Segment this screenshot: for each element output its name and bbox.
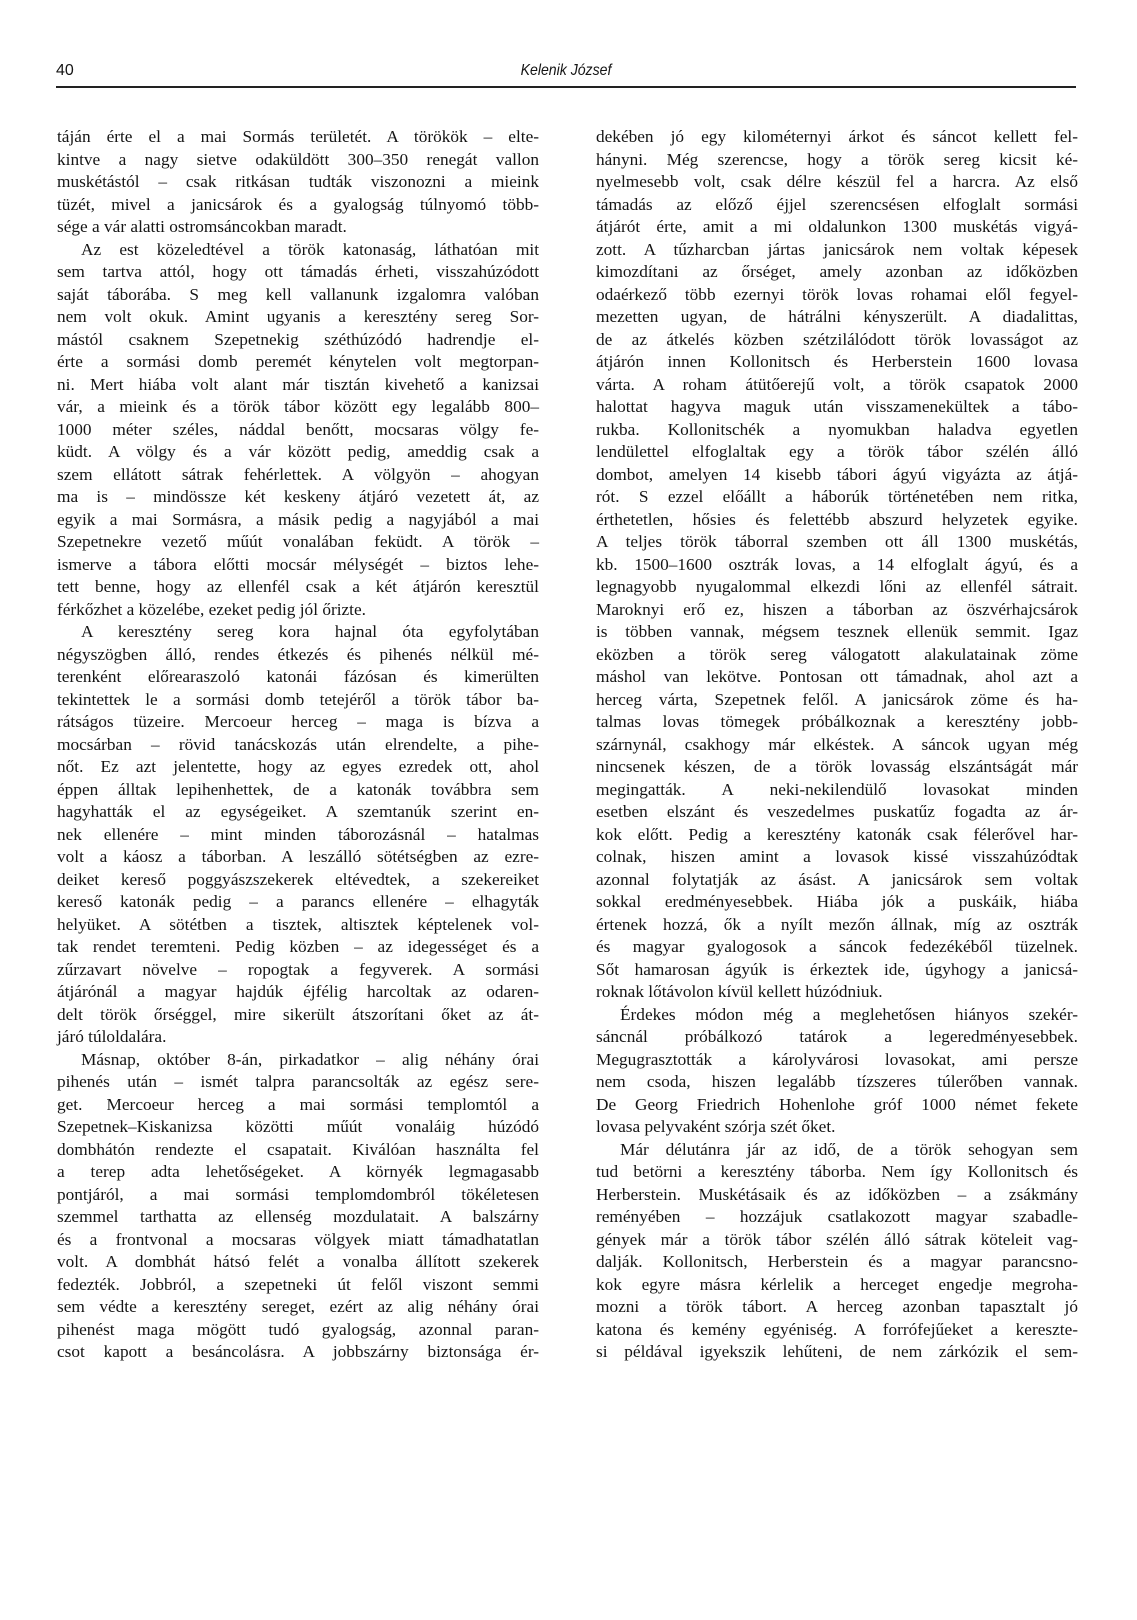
text-line: mástól csaknem Szepetnekig széthúzódó ha…	[57, 329, 539, 352]
text-line: ni. Mert hiába volt alant már tisztán ki…	[57, 374, 539, 397]
text-line: katona és kemény egyéniség. A forrófejűe…	[596, 1319, 1078, 1342]
text-line: sáncnál próbálkozó tatárok a legeredmény…	[596, 1026, 1078, 1049]
text-line: roknak lőtávolon kívül kellett húzódniuk…	[596, 981, 1078, 1004]
text-line: mocsárban – rövid tanácskozás után elren…	[57, 734, 539, 757]
text-line: kok egyre másra kérlelik a herceget enge…	[596, 1274, 1078, 1297]
text-line: szem ellátott sátrak fehérlettek. A völg…	[57, 464, 539, 487]
text-line: támadás az előző éjjel szerencsésen elfo…	[596, 194, 1078, 217]
text-line: Maroknyi erő ez, hiszen a táborban az ös…	[596, 599, 1078, 622]
text-line: De Georg Friedrich Hohenlohe gróf 1000 n…	[596, 1094, 1078, 1117]
text-line: get. Mercoeur herceg a mai sormási templ…	[57, 1094, 539, 1117]
text-line: szemmel tarthatta az ellenség mozdulatai…	[57, 1206, 539, 1229]
text-line: delt török őrséggel, mire sikerült átszo…	[57, 1004, 539, 1027]
text-line: Az est közeledtével a török katonaság, l…	[57, 239, 539, 262]
text-line: tekintettek le a sormási domb tetejéről …	[57, 689, 539, 712]
header-rule	[56, 86, 1076, 88]
text-line: átjárót érte, amit a mi oldalunkon 1300 …	[596, 216, 1078, 239]
text-line: tüzét, mivel a janicsárok és a gyalogság…	[57, 194, 539, 217]
text-line: zott. A tűzharcban jártas janicsárok nem…	[596, 239, 1078, 262]
text-line: a terep adta lehetőségeket. A környék le…	[57, 1161, 539, 1184]
text-line: járó túloldalára.	[57, 1026, 539, 1049]
text-line: ismerve a tábora előtti mocsár mélységét…	[57, 554, 539, 577]
text-line: deiket kereső poggyászszekerek eltévedte…	[57, 869, 539, 892]
text-line: talmas lovas tömegek próbálkoznak a kere…	[596, 711, 1078, 734]
text-line: Sőt hamarosan ágyúk is érkeztek ide, úgy…	[596, 959, 1078, 982]
text-line: esetben elszánt és veszedelmes puskatűz …	[596, 801, 1078, 824]
text-line: Szepetnekre vezető műút vonalában feküdt…	[57, 531, 539, 554]
text-line: odaérkező több ezernyi török lovas roham…	[596, 284, 1078, 307]
text-line: reményében – hozzájuk csatlakozott magya…	[596, 1206, 1078, 1229]
text-line: Megugrasztották a károlyvárosi lovasokat…	[596, 1049, 1078, 1072]
running-title: Kelenik József	[117, 62, 1015, 80]
text-line: sem védte a keresztény sereget, ezért az…	[57, 1296, 539, 1319]
text-line: várta. A roham átütőerejű volt, a török …	[596, 374, 1078, 397]
text-line: azonnal folytatják az ásást. A janicsáro…	[596, 869, 1078, 892]
text-line: érthetetlen, hősies és felettébb abszurd…	[596, 509, 1078, 532]
text-line: terenként előrearaszoló katonái fázósan …	[57, 666, 539, 689]
text-line: nőt. Ez azt jelentette, hogy az egyes ez…	[57, 756, 539, 779]
text-line: kintve a nagy sietve odaküldött 300–350 …	[57, 149, 539, 172]
text-line: nek ellenére – mint minden táborozásnál …	[57, 824, 539, 847]
text-line: mozni a török tábort. A herceg azonban t…	[596, 1296, 1078, 1319]
text-line: pontjáról, a mai sormási templomdombról …	[57, 1184, 539, 1207]
text-line: átjárónál a magyar hajdúk éjfélig harcol…	[57, 981, 539, 1004]
text-line: táján érte el a mai Sormás területét. A …	[57, 126, 539, 149]
text-line: saját táborába. S meg kell vallanunk izg…	[57, 284, 539, 307]
text-line: kimozdítani az őrséget, amely azonban az…	[596, 261, 1078, 284]
text-line: hagyhatták el az egységeiket. A szemtanú…	[57, 801, 539, 824]
text-line: de az átkelés közben szétzilálódott törö…	[596, 329, 1078, 352]
text-line: dekében jó egy kilométernyi árkot és sán…	[596, 126, 1078, 149]
text-line: kok előtt. Pedig a keresztény katonák cs…	[596, 824, 1078, 847]
text-line: férkőzhet a közelébe, ezeket pedig jól ő…	[57, 599, 539, 622]
text-line: nyelmesebb volt, csak délre készül fel a…	[596, 171, 1078, 194]
text-line: rátságos tüzeire. Mercoeur herceg – maga…	[57, 711, 539, 734]
left-text-column: táján érte el a mai Sormás területét. A …	[57, 126, 539, 1364]
text-line: 1000 méter széles, náddal benőtt, mocsar…	[57, 419, 539, 442]
text-line: nem csoda, hiszen legalább tízszeres túl…	[596, 1071, 1078, 1094]
text-line: négyszögben álló, rendes étkezés és pihe…	[57, 644, 539, 667]
text-line: Már délutánra jár az idő, de a török seh…	[596, 1139, 1078, 1162]
text-line: rót. S ezzel előállt a háborúk történeté…	[596, 486, 1078, 509]
page-number: 40	[56, 62, 74, 80]
text-line: tett benne, hogy az ellenfél csak a két …	[57, 576, 539, 599]
text-line: máshol van lekötve. Pontosan ott támadna…	[596, 666, 1078, 689]
text-line: sége a vár alatti ostromsáncokban maradt…	[57, 216, 539, 239]
text-line: gények már a török tábor szélén álló sát…	[596, 1229, 1078, 1252]
text-line: tud betörni a keresztény táborba. Nem íg…	[596, 1161, 1078, 1184]
text-line: A teljes török táborral szemben ott áll …	[596, 531, 1078, 554]
text-line: sokkal eredményesebbek. Hiába jók a pusk…	[596, 891, 1078, 914]
text-line: kb. 1500–1600 osztrák lovas, a 14 elfogl…	[596, 554, 1078, 577]
text-line: helyüket. A sötétben a tisztek, altiszte…	[57, 914, 539, 937]
text-line: vár, a mieink és a török tábor között eg…	[57, 396, 539, 419]
text-line: pihenést maga mögött tudó gyalogság, azo…	[57, 1319, 539, 1342]
text-line: zűrzavart növelve – ropogtak a fegyverek…	[57, 959, 539, 982]
text-line: lendülettel elfoglaltak egy a török tábo…	[596, 441, 1078, 464]
text-line: szárnynál, csakhogy már elkéstek. A sánc…	[596, 734, 1078, 757]
text-line: küdt. A völgy és a vár között pedig, ame…	[57, 441, 539, 464]
text-line: mezetten ugyan, de hátrálni kényszerült.…	[596, 306, 1078, 329]
text-line: értenek hozzá, ők a nyílt mezőn állnak, …	[596, 914, 1078, 937]
text-line: dalják. Kollonitsch, Herberstein és a ma…	[596, 1251, 1078, 1274]
text-line: tak rendet teremteni. Pedig közben – az …	[57, 936, 539, 959]
text-line: megingatták. A neki-nekilendülő lovasoka…	[596, 779, 1078, 802]
text-line: és a frontvonal a mocsaras völgyek miatt…	[57, 1229, 539, 1252]
text-line: csot kapott a besáncolásra. A jobbszárny…	[57, 1341, 539, 1364]
text-line: volt a káosz a táborban. A leszálló söté…	[57, 846, 539, 869]
text-line: nem volt okuk. Amint ugyanis a keresztén…	[57, 306, 539, 329]
text-line: pihenés után – ismét talpra parancsolták…	[57, 1071, 539, 1094]
text-line: colnak, hiszen amint a lovasok kissé vis…	[596, 846, 1078, 869]
text-line: nincsenek készen, de a török lovasság el…	[596, 756, 1078, 779]
text-line: dombot, amelyen 14 kisebb tábori ágyú vi…	[596, 464, 1078, 487]
right-text-column: dekében jó egy kilométernyi árkot és sán…	[596, 126, 1078, 1364]
text-line: rukba. Kollonitschék a nyomukban haladva…	[596, 419, 1078, 442]
text-line: Herberstein. Muskétásaik és az időközben…	[596, 1184, 1078, 1207]
text-line: Szepetnek–Kiskanizsa közötti műút vonalá…	[57, 1116, 539, 1139]
text-line: dombhátón rendezte el csapatait. Kiválóa…	[57, 1139, 539, 1162]
text-line: muskétástól – csak ritkásan tudták viszo…	[57, 171, 539, 194]
text-line: halottat hagyva maguk után visszamenekül…	[596, 396, 1078, 419]
text-line: Érdekes módon még a meglehetősen hiányos…	[596, 1004, 1078, 1027]
text-line: sem tartva attól, hogy ott támadás érhet…	[57, 261, 539, 284]
text-line: herceg várta, Szepetnek felől. A janicsá…	[596, 689, 1078, 712]
text-line: egyik a mai Sormásra, a másik pedig a na…	[57, 509, 539, 532]
text-line: si példával igyekszik lehűteni, de nem z…	[596, 1341, 1078, 1364]
text-line: is többen vannak, mégsem tesznek ellenük…	[596, 621, 1078, 644]
text-line: éppen álltak lepihenhettek, de a katonák…	[57, 779, 539, 802]
text-line: A keresztény sereg kora hajnal óta egyfo…	[57, 621, 539, 644]
text-line: érte a sormási domb peremét kénytelen vo…	[57, 351, 539, 374]
text-line: kereső katonák pedig – a parancs ellenér…	[57, 891, 539, 914]
text-line: eközben a török sereg válogatott alakula…	[596, 644, 1078, 667]
text-line: fedezték. Jobbról, a szepetneki út felől…	[57, 1274, 539, 1297]
text-line: és magyar gyalogosok a sáncok fedezékébő…	[596, 936, 1078, 959]
text-line: legnagyobb nyugalommal elkezdi lőni az e…	[596, 576, 1078, 599]
text-line: lovasa pelyvaként szórja szét őket.	[596, 1116, 1078, 1139]
running-header: 40 Kelenik József	[56, 62, 1076, 86]
text-line: ma is – mindössze két keskeny átjáró vez…	[57, 486, 539, 509]
text-line: volt. A dombhát hátsó felét a vonalba ál…	[57, 1251, 539, 1274]
text-line: átjárón innen Kollonitsch és Herberstein…	[596, 351, 1078, 374]
text-line: hányni. Még szerencse, hogy a török sere…	[596, 149, 1078, 172]
text-line: Másnap, október 8-án, pirkadatkor – alig…	[57, 1049, 539, 1072]
